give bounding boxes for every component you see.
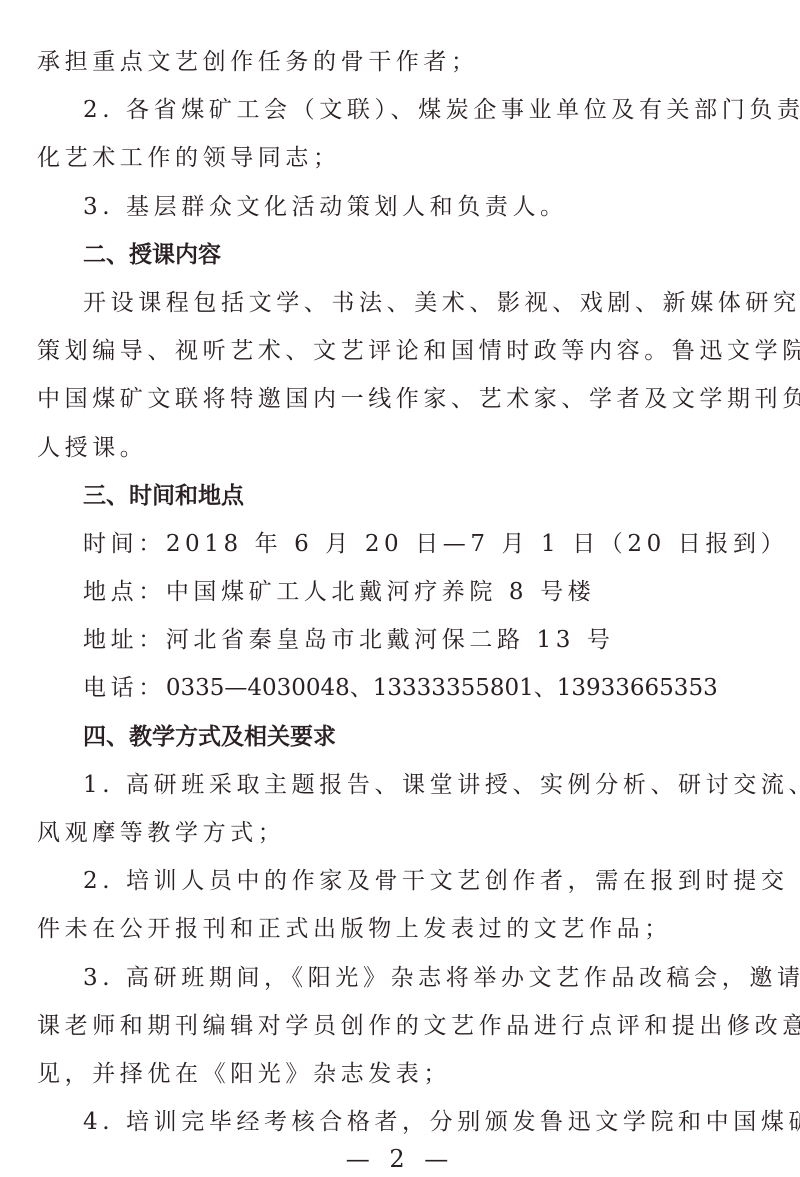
list-item-1: 1. 高研班采取主题报告、课堂讲授、实例分析、研讨交流、采: [37, 761, 767, 809]
section-heading-course-content: 二、授课内容: [37, 231, 767, 279]
phone-value: 0335—4030048、13333355801、13933665353: [166, 675, 718, 701]
address-label: 地址：: [83, 627, 166, 653]
paragraph-line: 策划编导、视听艺术、文艺评论和国情时政等内容。鲁迅文学院和: [37, 327, 767, 375]
time-label: 时间：: [83, 531, 166, 557]
venue-label: 地点：: [83, 579, 166, 605]
event-address: 地址：河北省秦皇岛市北戴河保二路 13 号: [37, 616, 767, 664]
list-item-2: 2. 各省煤矿工会（文联）、煤炭企事业单位及有关部门负责文: [37, 86, 767, 134]
venue-value: 中国煤矿工人北戴河疗养院 8 号楼: [166, 579, 595, 605]
phone-label: 电话：: [83, 675, 166, 701]
page-number: — 2 —: [0, 1145, 800, 1173]
event-phone: 电话：0335—4030048、13333355801、13933665353: [37, 664, 767, 712]
paragraph-line: 课老师和期刊编辑对学员创作的文艺作品进行点评和提出修改意: [37, 1002, 767, 1050]
paragraph-line: 中国煤矿文联将特邀国内一线作家、艺术家、学者及文学期刊负责: [37, 375, 767, 423]
list-item-3: 3. 基层群众文化活动策划人和负责人。: [37, 183, 767, 231]
section-heading-teaching-methods: 四、教学方式及相关要求: [37, 713, 767, 761]
list-item-4: 4. 培训完毕经考核合格者，分别颁发鲁迅文学院和中国煤矿文: [37, 1098, 767, 1146]
address-value: 河北省秦皇岛市北戴河保二路 13 号: [166, 627, 615, 653]
time-value: 2018 年 6 月 20 日—7 月 1 日（20 日报到）: [166, 531, 788, 557]
paragraph-line: 开设课程包括文学、书法、美术、影视、戏剧、新媒体研究、: [37, 279, 767, 327]
paragraph-line: 风观摩等教学方式；: [37, 809, 767, 857]
paragraph-line: 承担重点文艺创作任务的骨干作者；: [37, 38, 767, 86]
paragraph-line: 见，并择优在《阳光》杂志发表；: [37, 1050, 767, 1098]
list-item-2: 2. 培训人员中的作家及骨干文艺创作者，需在报到时提交 1~2: [37, 857, 767, 905]
paragraph-line: 件未在公开报刊和正式出版物上发表过的文艺作品；: [37, 905, 767, 953]
paragraph-line: 化艺术工作的领导同志；: [37, 134, 767, 182]
list-item-3: 3. 高研班期间，《阳光》杂志将举办文艺作品改稿会，邀请授: [37, 954, 767, 1002]
event-venue: 地点：中国煤矿工人北戴河疗养院 8 号楼: [37, 568, 767, 616]
section-heading-time-location: 三、时间和地点: [37, 472, 767, 520]
document-page: 承担重点文艺创作任务的骨干作者； 2. 各省煤矿工会（文联）、煤炭企事业单位及有…: [37, 38, 767, 1146]
paragraph-line: 人授课。: [37, 424, 767, 472]
event-time: 时间：2018 年 6 月 20 日—7 月 1 日（20 日报到）: [37, 520, 767, 568]
